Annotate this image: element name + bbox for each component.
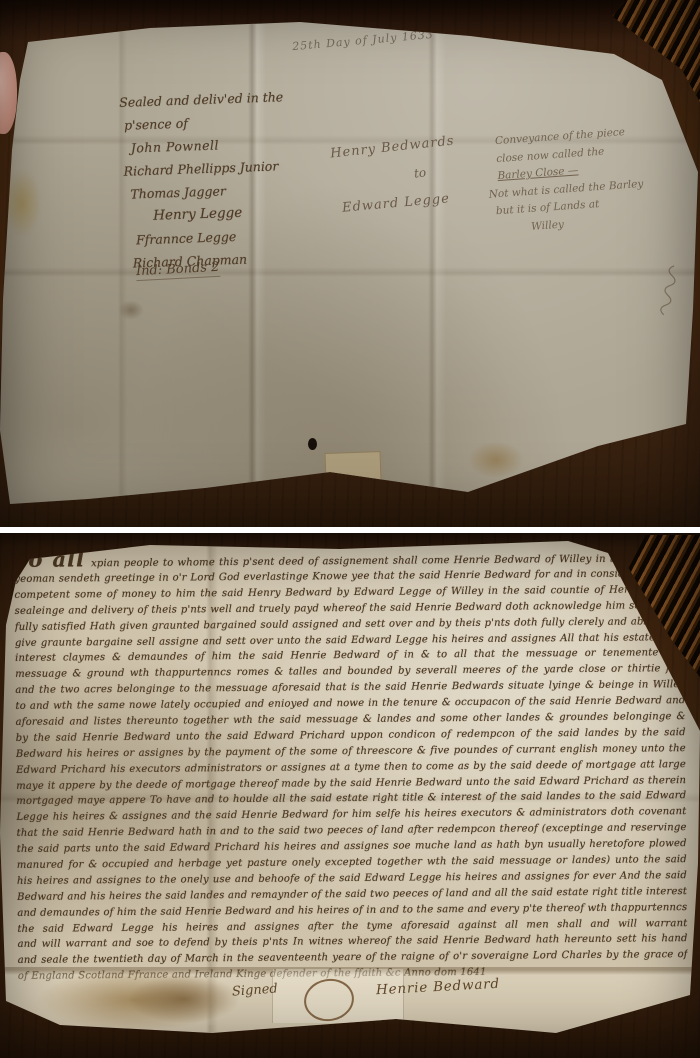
illegible-script-line: touchinge ye landes in Willey	[26, 0, 47, 1]
repair-tape-patch	[325, 451, 382, 482]
bottom-fold-flap: Signed Henrie Bedward	[4, 967, 694, 1025]
photo-parchment-front: To allxpian people to whome this p'sent …	[0, 533, 700, 1058]
stain	[2, 168, 42, 238]
docket-connector: to	[413, 165, 426, 180]
illegible-script-line: signed & deliv'ed	[39, 0, 60, 2]
deed-lines: yeoman sendeth greetinge in o'r Lord God…	[14, 566, 688, 985]
deed-body-text: To allxpian people to whome this p'sent …	[14, 542, 688, 985]
photo-parchment-back: 25th Day of July 1633 Sealed and deliv'e…	[0, 0, 700, 527]
decorated-initial: To all	[14, 546, 85, 572]
conveyance-side-note: Conveyance of the piececlose now called …	[495, 123, 647, 238]
worm-hole	[308, 438, 317, 450]
stain	[118, 300, 144, 320]
photo-collage: 25th Day of July 1633 Sealed and deliv'e…	[0, 0, 700, 1058]
docket-party-to: Edward Legge	[342, 191, 451, 215]
vertical-scribble-icon	[654, 262, 681, 318]
parchment-back-sheet: 25th Day of July 1633 Sealed and deliv'e…	[0, 0, 700, 527]
fingertip	[0, 52, 17, 134]
bonds-annotation: Ind: Bonds 2	[136, 260, 220, 281]
parchment-front-sheet: To allxpian people to whome this p'sent …	[0, 533, 700, 1058]
stain	[34, 967, 234, 1033]
signature-prefix: Signed	[232, 981, 279, 999]
endorsement-date: 25th Day of July 1633	[292, 28, 435, 53]
stain	[60, 0, 230, 26]
stain	[124, 973, 244, 1025]
docket-party-from: Henry Bedwards	[330, 134, 456, 162]
illegible-vertical-endorsement: memorand yt ye wthin namedHenrie Bedward…	[0, 0, 60, 2]
witness-list: Sealed and deliv'ed in thep'sence ofJohn…	[119, 85, 289, 275]
stain	[466, 440, 526, 480]
illegible-script-line: Henrie Bedward his deede	[13, 0, 34, 1]
